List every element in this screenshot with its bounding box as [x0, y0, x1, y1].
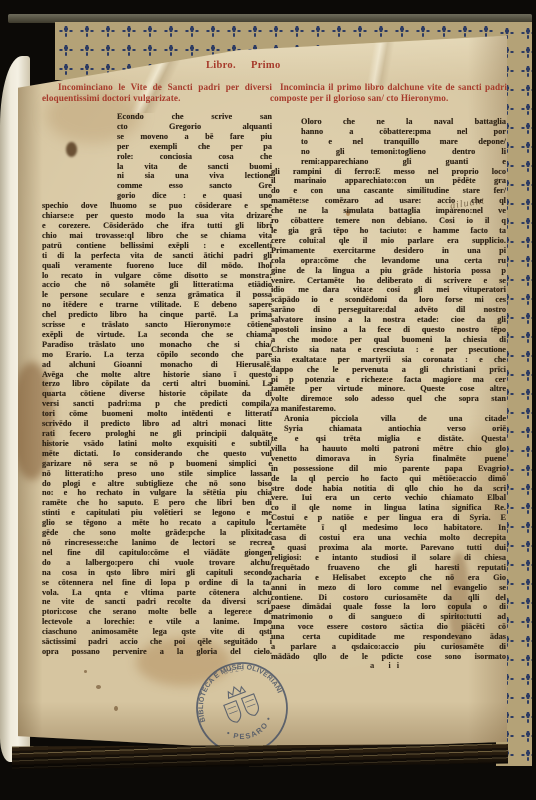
text-line: venetto dimorava in Syria finalmēte puen…	[271, 454, 506, 464]
text-line: glio se tēgono a mēte ho recato a capitu…	[42, 518, 272, 528]
text-line: quali veramente fuoreno luce dil mōdo. I…	[42, 261, 272, 271]
text-line: le persone seculare e senza grāmatica il…	[42, 290, 272, 300]
text-line: il marinaio apparechiato:con un pēdēte g…	[271, 176, 506, 186]
text-line: chel predicto libro ha cinque partē. La …	[42, 310, 272, 320]
text-line: Syria chiamata antiochia verso oriē	[284, 424, 506, 434]
text-line: Costui e p natiōe e per lingua era di Sy…	[271, 513, 506, 523]
text-line: na cosa in qsto libro miri gli capituli …	[42, 568, 272, 578]
text-line: se cōtennera nel fine di lopa p ordine d…	[42, 578, 272, 588]
text-line: cere colui:al qle il mio parlare era sup…	[271, 236, 506, 246]
text-line: mo Erario. La terza cōpilo secondo che p…	[42, 350, 272, 360]
text-line: dappo che le pervenuta a gli christiani …	[271, 365, 506, 375]
text-line: ti di la perfecta vita de sancti ātichi …	[42, 251, 272, 261]
text-line: comme esso sancto Gre	[117, 181, 272, 191]
text-line: no: e ho rechato in vulgare la sētētia p…	[42, 488, 272, 498]
text-line: no gli temoni:toglieno dentro li	[301, 147, 506, 157]
text-line: remi:apparechiano gli guanti e	[301, 157, 506, 167]
text-line: a parlare a qsdaico:accio piu curiosamēt…	[271, 642, 506, 652]
text-line: Primamente exercitarme desidero in una p…	[271, 246, 506, 256]
text-line: paese dimādai quale fosse la loro copula…	[271, 602, 506, 612]
stamp-coat-of-arms	[219, 681, 261, 724]
text-line: scāpādo io e scondēdomi da loro forse mi…	[271, 295, 506, 305]
text-line: venire. Certamēte ho deliberato di scriv…	[271, 276, 506, 286]
text-line: scrivēdo il predicto libro ad altri mona…	[42, 419, 272, 429]
text-line: mēte dictati. Io considerando che questo…	[42, 449, 272, 459]
text-line: idio me dara vita:e cosi gli mei vituper…	[271, 285, 506, 295]
text-line: Avēga che molte altre historie siano ī q…	[42, 370, 272, 380]
text-line: cto Gregorio alquanti	[117, 122, 272, 132]
text-line: accio che nō solamēte gli litterati:ma e…	[42, 280, 272, 290]
text-line: la vita de sancti buomi	[117, 162, 272, 172]
text-line: exēpli de virtude. La seconda che se chi…	[42, 330, 272, 340]
text-line: Econdo che scrive san	[117, 112, 272, 122]
text-line: do e con una cascante similitudine stare…	[271, 186, 506, 196]
text-line: tamēte per virtude minore. Queste cose a…	[271, 384, 506, 394]
left-column-text: Econdo che scrive sancto Gregorio alquan…	[42, 112, 272, 657]
text-line: stinti e capitulati piu volētieri se leg…	[42, 508, 272, 518]
book-page: Libro. Primo Incominciano le Vite de San…	[18, 30, 507, 752]
text-line: gli rampini di ferro:E messo nel proprio…	[271, 167, 506, 177]
text-line: gine de la lingua a piu grāde historia p…	[271, 266, 506, 276]
text-line: sia exaltata:e per martyrii sia coronata…	[271, 355, 506, 365]
text-line: ciaschuno animosamēte lega qste vite di …	[42, 627, 272, 637]
text-line: una voce essere costoro sācti:a dio piāc…	[271, 622, 506, 632]
text-line: hanno a cōbattere:pma nel por	[301, 127, 506, 137]
text-line: garizare nō sera se nō p buomeni simplic…	[42, 459, 272, 469]
text-line: ramēte che ho saputo. E pero che libri b…	[42, 498, 272, 508]
text-line: zacharia e Helisabet excepto che nō era …	[271, 573, 506, 583]
text-line: ptori:cose che serano molte belle a lege…	[42, 607, 272, 617]
text-line: nel fine dil capitulo:cōme el viādāte gi…	[42, 548, 272, 558]
text-line: villa ha hauuto molti patroni mētre chio…	[271, 444, 506, 454]
text-line: in possessione dil mio parente papa Evag…	[271, 464, 506, 474]
text-line: volte diremo:e solo adesso quel che sopr…	[271, 394, 506, 404]
text-line: cola opra:cōme che levandome una certa r…	[271, 256, 506, 266]
text-line: quarta cōtiene diverse historie cōpilate…	[42, 389, 272, 399]
text-line: rati fecero prologhi ne gli principii da…	[42, 429, 272, 439]
text-line: Oloro che ne la naval battaglia	[301, 117, 506, 127]
text-line: historie vsādo latini molto exquisiti e …	[42, 439, 272, 449]
text-line: una certa cupiditade me respondevano āda…	[271, 632, 506, 642]
text-line: ne vite de sancti padri recolte da diver…	[42, 597, 272, 607]
text-line: Paradiso trāslato uno monacho che si chi…	[42, 340, 272, 350]
text-line: frequētado fruaveno che gli haresti repu…	[271, 563, 506, 573]
text-line: sarāno di perseguitare:dal advēto dil no…	[271, 305, 506, 315]
text-line: do plogi e altre subtiglieze che nō sono…	[42, 479, 272, 489]
text-line: patrū contiene bellissimi exēpli : e exc…	[42, 241, 272, 251]
text-line: e corezere. Cōsiderādo che ifra tutti gl…	[42, 221, 272, 231]
text-line: certamēte ī ql medesimo loco habitatore.…	[271, 523, 506, 533]
text-line: terzo libro cōpilate da certi altri buom…	[42, 379, 272, 389]
text-line: nō rincresesse:che lanimo de lectori se …	[42, 538, 272, 548]
text-line: chio mai trovasse:ql libro che se chiama…	[42, 231, 272, 241]
text-line: ad alchuni Gioanni monacho di Hierusalē.	[42, 360, 272, 370]
paper-speck	[96, 685, 101, 689]
paper-speck	[84, 670, 87, 673]
signature-mark: a ii	[370, 660, 405, 670]
text-line: Christo sia nata e cresciuta : e per pse…	[271, 345, 506, 355]
text-line: za manifestaremo.	[271, 404, 506, 414]
text-line: scrisse e trāslato sancto Hieronymo:e cō…	[42, 320, 272, 330]
text-line: tori cōme buomeni molto intēdenti e litt…	[42, 409, 272, 419]
text-line: Aronia picciola villa de una citade	[284, 414, 506, 424]
text-line: vere. Iui era un certo vechio chiamato E…	[271, 493, 506, 503]
text-line: versi sancti padri:ma p che predicti com…	[42, 399, 272, 409]
text-line: anni in mezo di loro comme nel evangelio…	[271, 583, 506, 593]
text-line: stre dode habia notitia di qllo chio ho …	[271, 484, 506, 494]
text-line: lo recato in vulgare cōme disotto se mon…	[42, 271, 272, 281]
text-line: salvatore insino a la nostra etade: cioe…	[271, 315, 506, 325]
text-line: do a lalbergo:pero chi vuole trovare alc…	[42, 558, 272, 568]
text-line: nō litterati:ho preso uno stile simplice…	[42, 469, 272, 479]
text-line: role: conciosia cosa che	[117, 152, 272, 162]
text-line: gēde che sono molte grāde:pche la plixit…	[42, 528, 272, 538]
left-column-heading: Incominciano le Vite de Sancti padri per…	[42, 82, 272, 103]
text-line: contiene. Di costoro curiosamēte da qlli…	[271, 593, 506, 603]
text-line: e quasi proxima ala morte. Parevano tutt…	[271, 543, 506, 553]
text-line: gorio dice : e quasi uno	[117, 191, 272, 201]
running-title-left: Libro.	[206, 60, 236, 71]
text-line: apostoli insino a la fece di questo nost…	[271, 325, 506, 335]
text-line: te e qsi trēta miglia e distāte. Questa	[271, 434, 506, 444]
text-line: chiarse:e per questo modo la sua vita dr…	[42, 211, 272, 221]
text-line: spechio dove lhuomo se puo cōsiderare e …	[42, 201, 272, 211]
page-edge-stack	[12, 744, 508, 769]
text-line: ro cōbattere temere non debiano. Cosi io…	[271, 216, 506, 226]
text-line: ni sia una viva lectione	[117, 171, 272, 181]
text-line: matrimonio o di sangue:o di spirito:tutt…	[271, 612, 506, 622]
text-line: no itēdere e trarne vtilitade. E debeno …	[42, 300, 272, 310]
text-line: co il qle nome in lingua latina signific…	[271, 503, 506, 513]
text-line: per exempli che per pa	[117, 142, 272, 152]
text-line: religiosi: e intanto studiosi il solare …	[271, 553, 506, 563]
text-line: se moveno a bē fare piu	[117, 132, 272, 142]
text-line: to e nel tranquillo mare depone/	[301, 137, 506, 147]
right-column-heading: Incomincia il primo libro dalchune vite …	[270, 82, 507, 103]
running-title-right: Primo	[251, 60, 281, 71]
text-line: a che modo:e per qual buomeni la chiesia…	[271, 335, 506, 345]
text-line: le gia grā tēpo ho taciuto: e hamme fact…	[271, 226, 506, 236]
text-line: casa di costui era una vechia molto decr…	[271, 533, 506, 543]
text-line: de la ql percio ho facto qui mētiōe:acci…	[271, 474, 506, 484]
paper-speck	[114, 706, 118, 711]
text-line: lectevole a lorechie: e vtile a lanime. …	[42, 617, 272, 627]
text-line: pi p potenzia e richeze:e facta magiore …	[271, 375, 506, 385]
text-line: sāctissimi padri accio che poi qēle segu…	[42, 637, 272, 647]
text-line: vola. La qnta e vltima parte cōtenera al…	[42, 588, 272, 598]
